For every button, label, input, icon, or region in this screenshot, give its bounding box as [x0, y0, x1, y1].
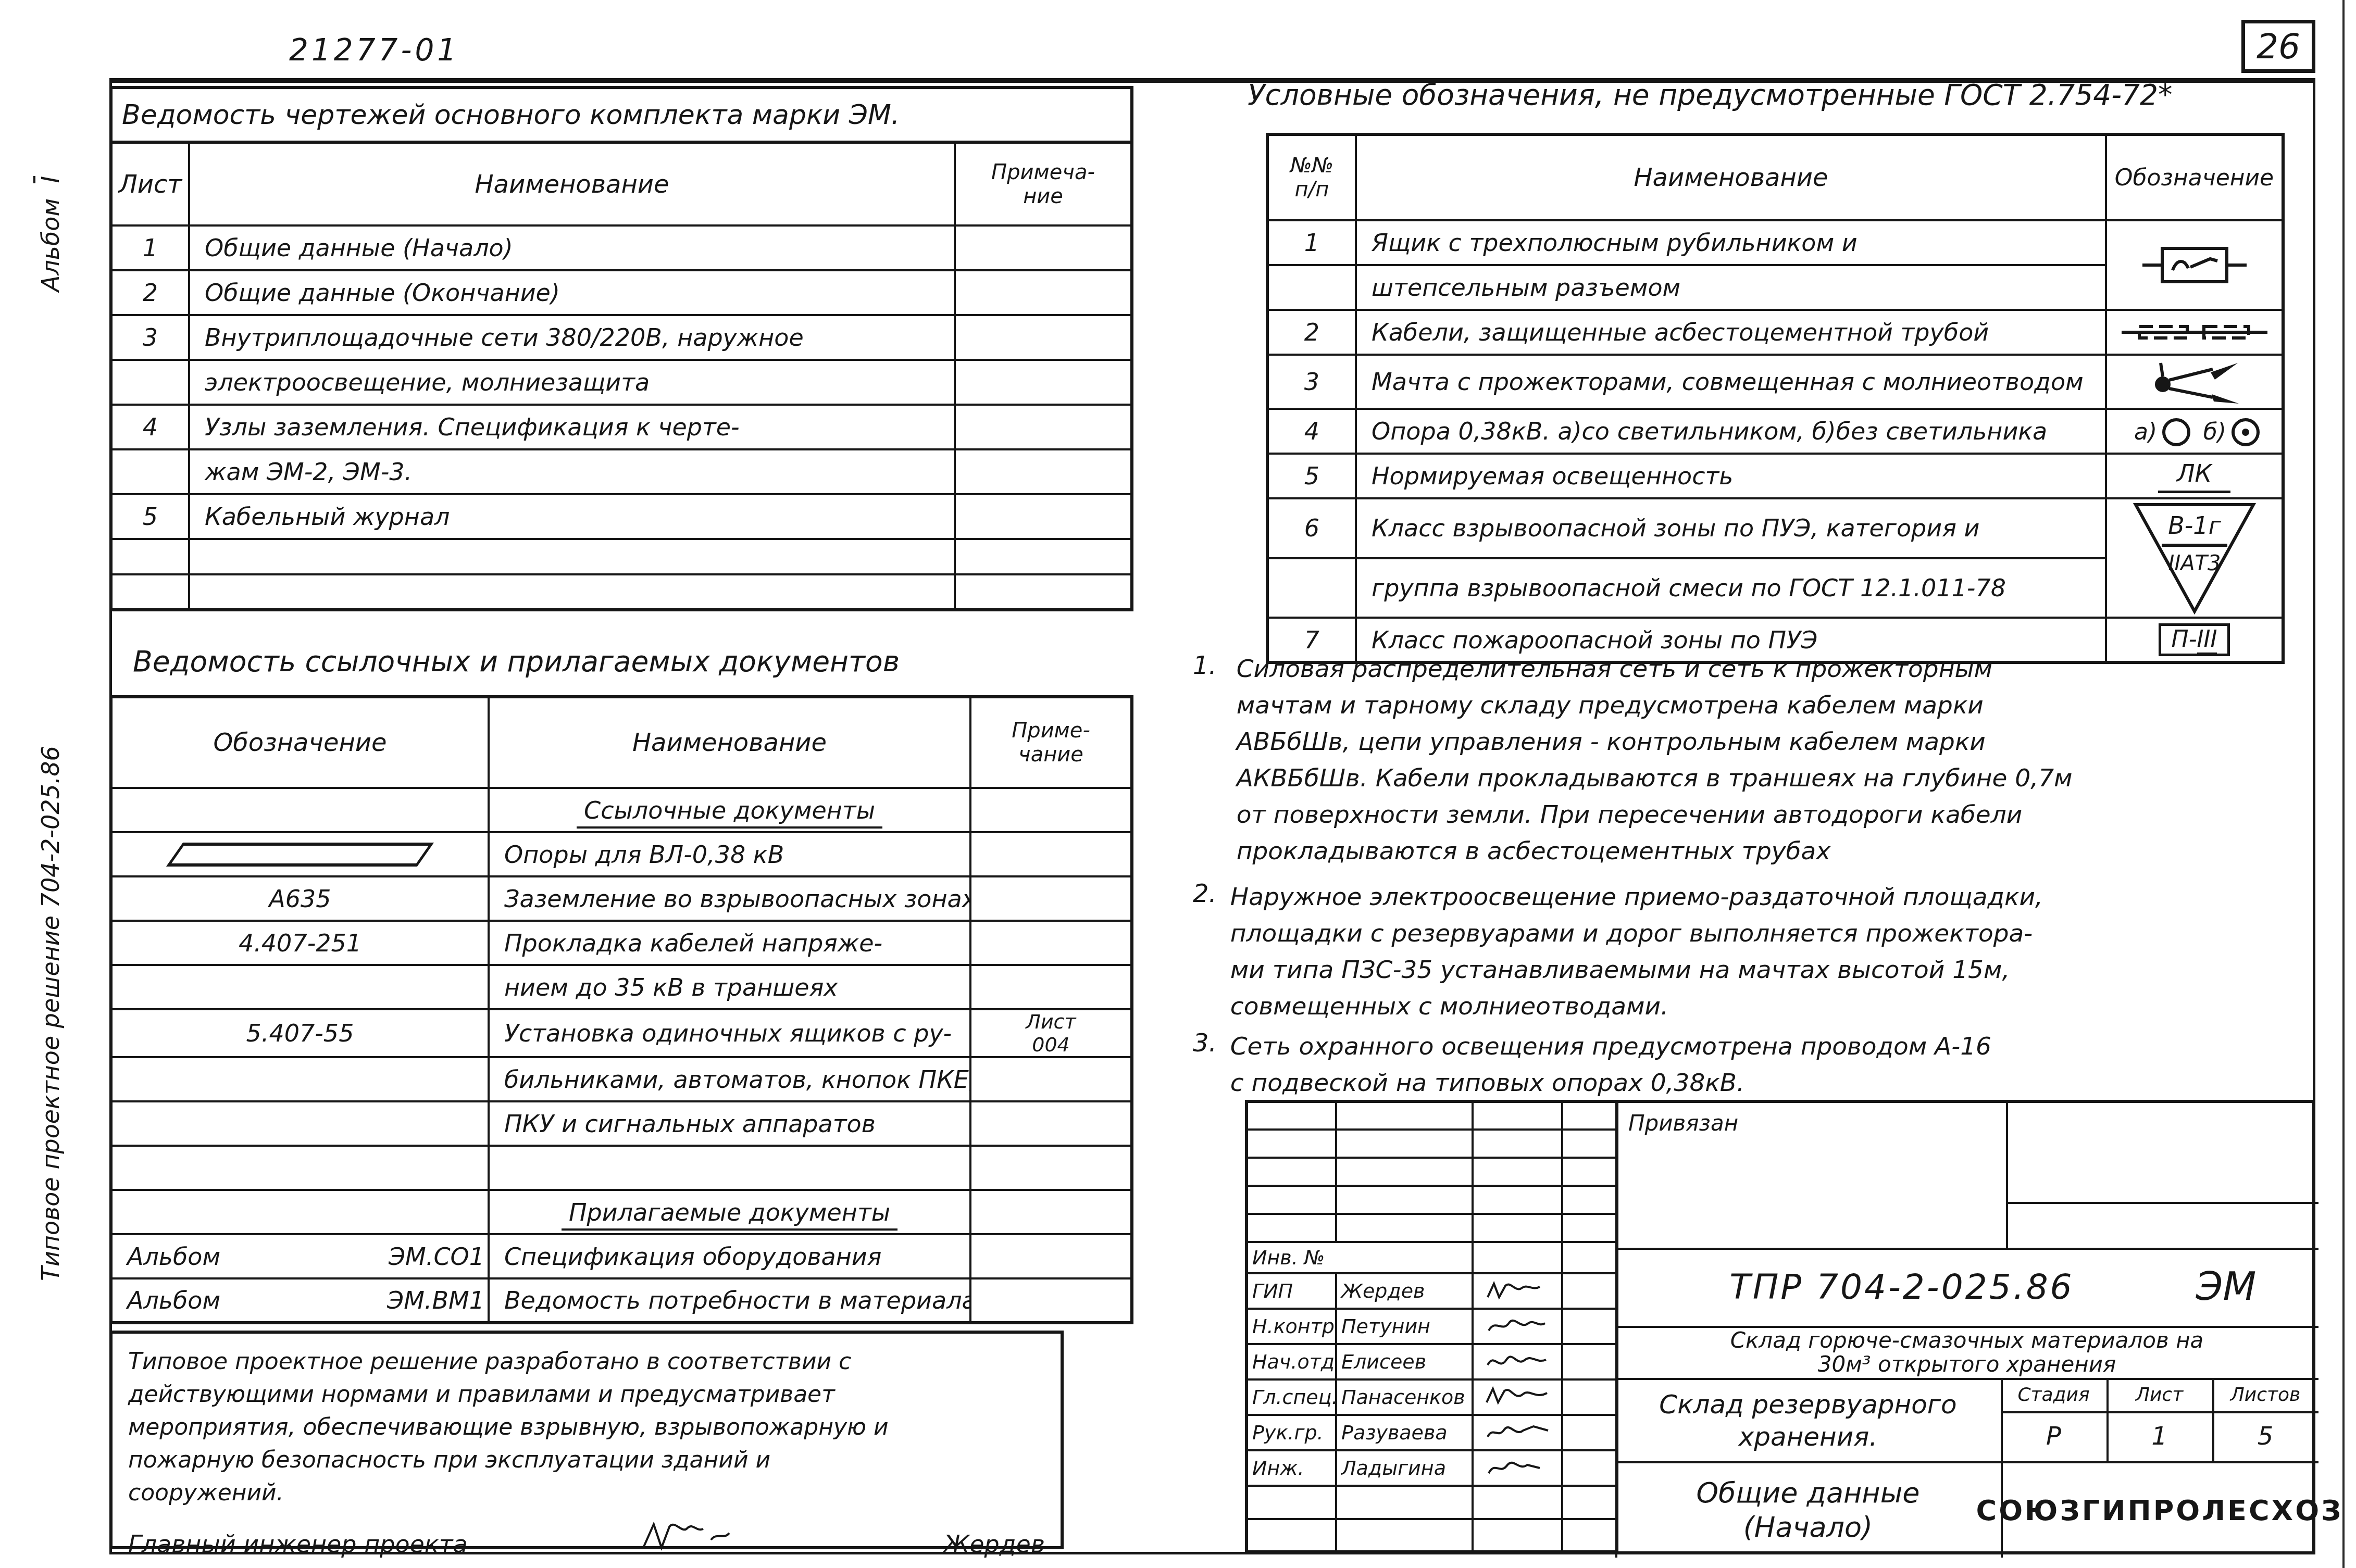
signer-name: Жердев — [944, 1530, 1045, 1558]
divider — [2006, 1202, 2318, 1204]
signature-icon — [1484, 1421, 1551, 1444]
col-header-note: Приме- чание — [970, 697, 1132, 788]
scanned-drawing-sheet: { "page": { "sheet_number": "26", "doc_n… — [0, 0, 2356, 1568]
ref-table: Обозначение Наименование Приме- чание Сс… — [109, 695, 1133, 1324]
symbols-table-title: Условные обозначения, не предусмотренные… — [1248, 78, 2315, 111]
signature-icon — [1484, 1386, 1551, 1409]
table-row: электроосвещение, молниезащита — [111, 360, 1132, 405]
table-row: 5.407-55Установка одиночных ящиков с ру-… — [111, 1009, 1132, 1057]
stage-value: Р — [2001, 1411, 2106, 1461]
statement-box: Типовое проектное решение разработано в … — [109, 1331, 1064, 1549]
table-row — [111, 1146, 1132, 1190]
variant-b-label: б) — [2203, 419, 2226, 445]
section-attached: Прилагаемые документы — [562, 1198, 897, 1231]
table-row: 1Общие данные (Начало) — [111, 225, 1132, 270]
table-row: жам ЭМ-2, ЭМ-3. — [111, 449, 1132, 494]
inventory-number-label: Инв. № — [1246, 1242, 1473, 1273]
col-header-note: Примеча- ние — [955, 142, 1132, 225]
col-header-symbol: Обозначение — [2106, 134, 2283, 220]
table-row — [1246, 1101, 1617, 1130]
ref-table-title: Ведомость ссылочных и прилагаемых докуме… — [133, 645, 900, 678]
switch-box-icon — [2142, 241, 2247, 289]
table-row — [1246, 1158, 1617, 1186]
album-label: Альбом — [36, 198, 65, 292]
section-row: Ссылочные документы — [111, 788, 1132, 832]
page-number-box: 26 — [2241, 20, 2315, 73]
table-row — [1246, 1130, 1617, 1158]
margin-album: Альбом I — [36, 176, 65, 292]
table-row: 3Внутриплощадочные сети 380/220В, наружн… — [111, 315, 1132, 360]
table-row: 4Узлы заземления. Спецификация к черте- — [111, 405, 1132, 449]
table-row: 4 Опора 0,38кВ. а)со светильником, б)без… — [1267, 409, 2283, 454]
col-header-sheet: Лист — [111, 142, 189, 225]
section-row: Прилагаемые документы — [111, 1190, 1132, 1234]
signature-icon — [1484, 1280, 1551, 1302]
table-row: АльбомЭМ.ВМ1 Ведомость потребности в мат… — [111, 1278, 1132, 1323]
col-header-code: Обозначение — [111, 697, 489, 788]
linked-label: Привязан — [1628, 1110, 1738, 1136]
mark-code: ЭМ — [2134, 1250, 2318, 1324]
note-number: 3. — [1193, 1028, 1217, 1101]
title-block-signatures: Инв. № ГИПЖердев Н.контрПетунин Нач.отд.… — [1245, 1100, 1618, 1553]
symbols-table: №№п/п Наименование Обозначение 1 Ящик с … — [1266, 133, 2285, 664]
zone-class-label: В-1г — [2168, 511, 2221, 540]
table-row: 4.407-251Прокладка кабелей напряже- — [111, 921, 1132, 965]
lux-symbol: ЛК — [2158, 459, 2230, 493]
note-text: Силовая распределительная сеть и сеть к … — [1237, 651, 2073, 870]
sheets-header: Листов — [2212, 1378, 2318, 1411]
table-row: нием до 35 кВ в траншеях — [111, 965, 1132, 1009]
signature-icon — [1484, 1457, 1551, 1479]
col-header-name: Наименование — [1356, 134, 2106, 220]
table-row: бильниками, автоматов, кнопок ПКЕ, — [111, 1057, 1132, 1101]
sheet-header: Лист — [2106, 1378, 2212, 1411]
drawings-table: Ведомость чертежей основного комплекта м… — [109, 86, 1133, 611]
paper-edge-line — [2342, 0, 2345, 1568]
album-prefix: Альбом — [127, 1243, 220, 1271]
variant-a-label: а) — [2134, 419, 2157, 445]
table-row — [1246, 1519, 1617, 1552]
table-row: ПКУ и сигнальных аппаратов — [111, 1101, 1132, 1146]
album-number: I — [33, 176, 65, 183]
inventory-row: Инв. № — [1246, 1242, 1617, 1273]
col-header-name: Наименование — [489, 697, 970, 788]
table-row: 2Общие данные (Окончание) — [111, 270, 1132, 315]
note-3: 3. Сеть охранного освещения предусмотрен… — [1193, 1028, 1991, 1101]
signature-row: Гл.спец.Панасенков — [1246, 1379, 1617, 1415]
table-row: 2 Кабели, защищенные асбестоцементной тр… — [1267, 310, 2283, 355]
table-row — [111, 539, 1132, 574]
floodlight-mast-icon — [2145, 356, 2244, 408]
signature-row: ГИПЖердев — [1246, 1273, 1617, 1309]
signature-icon — [1484, 1315, 1551, 1338]
note-number: 1. — [1193, 651, 1217, 870]
mix-group-label: IIАТ3 — [2168, 551, 2221, 575]
stage-header: Стадия — [2001, 1378, 2106, 1411]
table-row: 6 Класс взрывоопасной зоны по ПУЭ, катег… — [1267, 498, 2283, 558]
col-header-name: Наименование — [189, 142, 955, 225]
album-code: ЭМ.СО1 — [389, 1243, 484, 1271]
type-design-code: ТПР 704-2-025.86 — [1615, 1250, 2188, 1324]
table-row: 5 Нормируемая освещенность ЛК — [1267, 454, 2283, 498]
note-number: 2. — [1193, 879, 1217, 1025]
margin-stamp-title: Типовое проектное решение 704-2-025.86 — [36, 746, 65, 1281]
table-row: А635Заземление во взрывоопасных зонах — [111, 876, 1132, 921]
album-prefix: Альбом — [127, 1286, 220, 1314]
explosion-zone-triangle-icon: В-1г IIАТ3 — [2129, 499, 2260, 617]
note-text: Наружное электроосвещение приемо-раздато… — [1230, 879, 2043, 1025]
sheet-value: 1 — [2106, 1411, 2212, 1461]
divider — [2006, 1103, 2008, 1248]
sheet-title: Склад резервуарного хранения. — [1615, 1380, 2001, 1461]
organization: СОЮЗГИПРОЛЕСХОЗ — [2001, 1463, 2318, 1557]
col-header-num: №№п/п — [1267, 134, 1356, 220]
note-2: 2. Наружное электроосвещение приемо-разд… — [1193, 879, 2043, 1025]
table-row: 1 Ящик с трехполюсным рубильником и — [1267, 220, 2283, 265]
chief-engineer-label: Главный инженер проекта — [128, 1530, 468, 1558]
signature-icon — [1484, 1350, 1551, 1373]
signature-row: Н.контрПетунин — [1246, 1309, 1617, 1344]
table-row — [1246, 1186, 1617, 1214]
page-number: 26 — [2257, 27, 2300, 67]
cable-in-pipe-icon — [2122, 319, 2267, 346]
signature-row: Нач.отд.Елисеев — [1246, 1344, 1617, 1379]
table-row — [1246, 1486, 1617, 1519]
signature-row: Рук.гр.Разуваева — [1246, 1415, 1617, 1450]
table-row: 5Кабельный журнал — [111, 494, 1132, 539]
drawings-table-title: Ведомость чертежей основного комплекта м… — [111, 87, 1132, 142]
signature-icon — [638, 1516, 774, 1558]
object-title: Склад горюче-смазочных материалов на 30м… — [1615, 1328, 2318, 1377]
note-text: Сеть охранного освещения предусмотрена п… — [1230, 1028, 1991, 1101]
table-row: АльбомЭМ.СО1 Спецификация оборудования — [111, 1234, 1132, 1278]
pole-without-lamp-icon — [2232, 418, 2260, 446]
section-referenced: Ссылочные документы — [577, 796, 882, 829]
note-1: 1. Силовая распределительная сеть и сеть… — [1193, 651, 2073, 870]
table-row — [1246, 1214, 1617, 1242]
table-row: 3 Мачта с прожекторами, совмещенная с мо… — [1267, 355, 2283, 409]
table-row — [111, 574, 1132, 610]
pole-symbol-parallelogram — [166, 843, 434, 867]
table-row: Опоры для ВЛ-0,38 кВ — [111, 832, 1132, 876]
title-block: Инв. № ГИПЖердев Н.контрПетунин Нач.отд.… — [1245, 1100, 2315, 1554]
signature-row: Инж.Ладыгина — [1246, 1450, 1617, 1486]
sheets-value: 5 — [2212, 1411, 2318, 1461]
content-title: Общие данные (Начало) — [1615, 1463, 2001, 1557]
pole-with-lamp-icon — [2162, 418, 2190, 446]
fire-zone-class-box: П-III — [2159, 623, 2230, 656]
document-number: 21277-01 — [289, 32, 459, 68]
album-code: ЭМ.ВМ1 — [387, 1286, 484, 1314]
